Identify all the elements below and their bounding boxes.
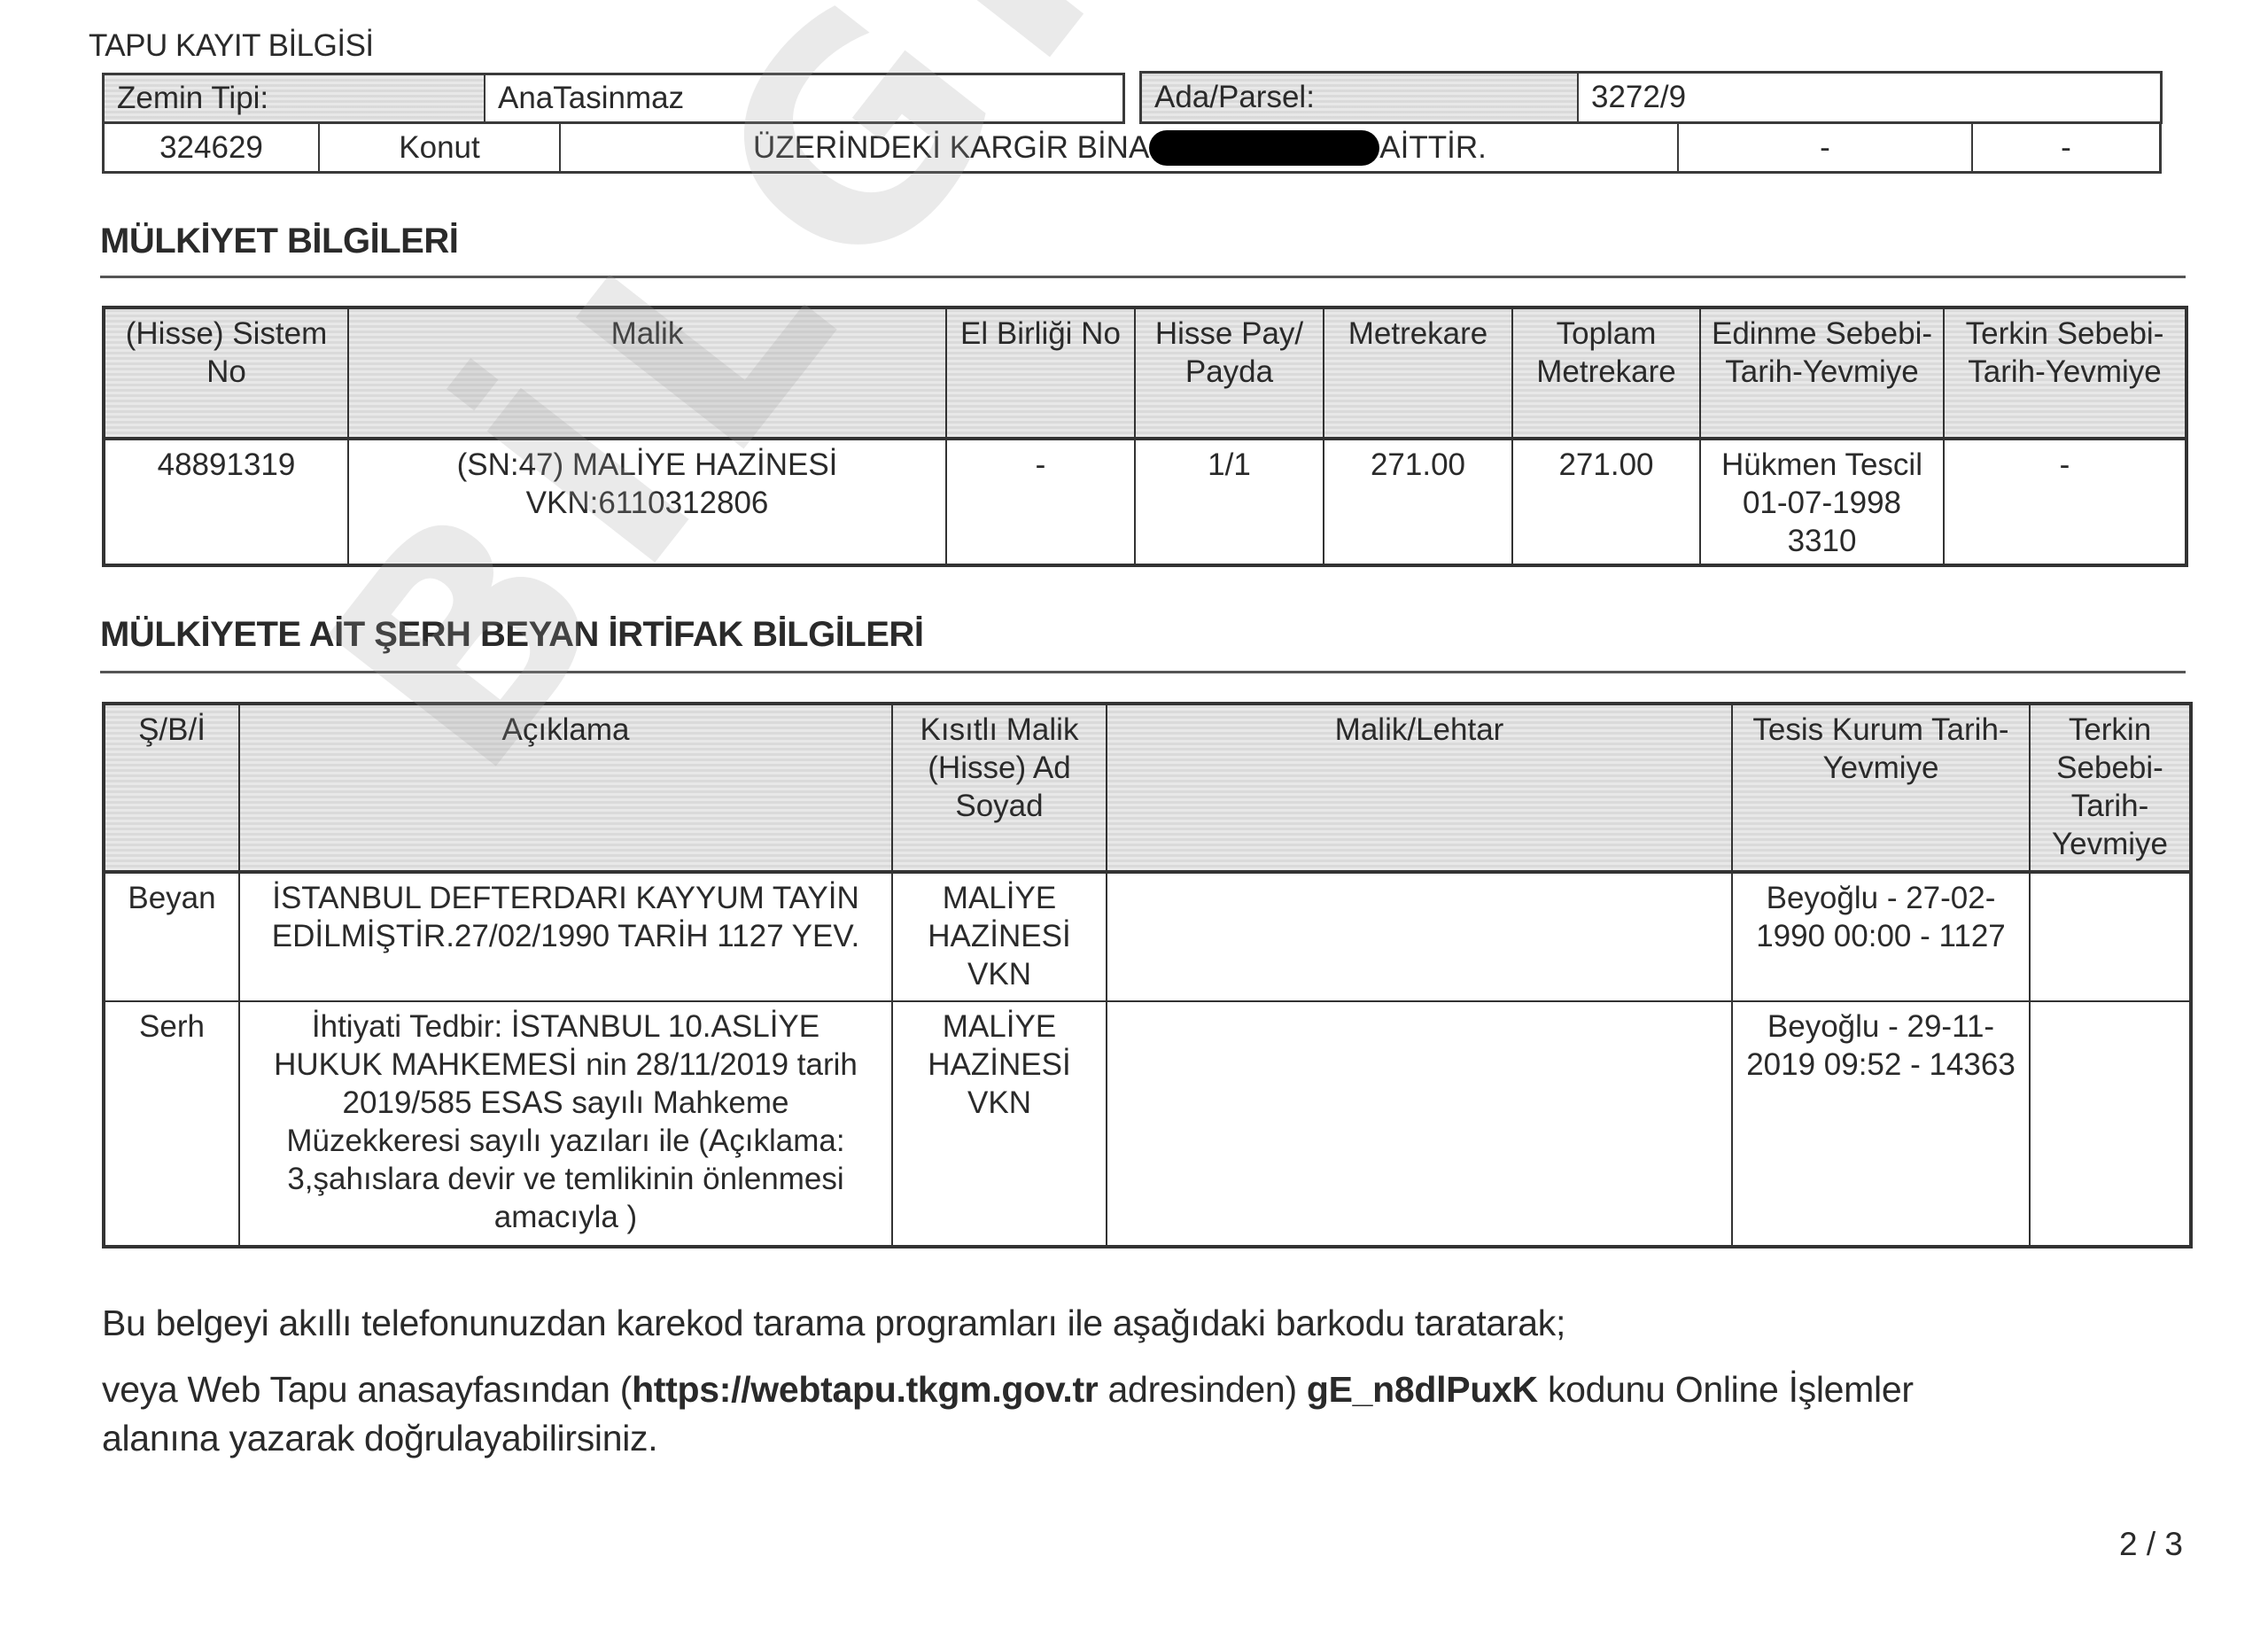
cell-hisse: 1/1 xyxy=(1135,439,1324,565)
description-after: AİTTİR. xyxy=(1379,130,1487,166)
col-sbi: Ş/B/İ xyxy=(104,704,239,872)
col-aciklama: Açıklama xyxy=(239,704,892,872)
ownership-table: (Hisse) Sistem No Malik El Birliği No Hi… xyxy=(102,306,2188,567)
document-title: TAPU KAYIT BİLGİSİ xyxy=(89,28,374,64)
verification-url-link[interactable]: https://webtapu.tkgm.gov.tr xyxy=(632,1369,1098,1410)
col-terkin: Terkin Sebebi-Tarih-Yevmiye xyxy=(1944,307,2186,439)
col-edinme: Edinme Sebebi-Tarih-Yevmiye xyxy=(1700,307,1944,439)
footer-line2-prefix: veya Web Tapu anasayfasından ( xyxy=(102,1369,632,1410)
ada-parsel-label: Ada/Parsel: xyxy=(1142,74,1579,121)
cell-kisitli-malik: MALİYE HAZİNESİ VKN xyxy=(892,1001,1107,1247)
ownership-divider xyxy=(100,276,2186,278)
registration-description: ÜZERİNDEKİ KARGİR BİNAAİTTİR. xyxy=(561,124,1679,171)
registration-col5: - xyxy=(1679,124,1973,171)
footer-line2-mid: adresinden) xyxy=(1098,1369,1306,1410)
cell-metrekare: 271.00 xyxy=(1324,439,1512,565)
cell-terkin xyxy=(2030,872,2191,1001)
footer-line2-suffix: kodunu Online İşlemler xyxy=(1538,1369,1914,1410)
table-row: 48891319 (SN:47) MALİYE HAZİNESİ VKN:611… xyxy=(104,439,2186,565)
cell-aciklama: İhtiyati Tedbir: İSTANBUL 10.ASLİYE HUKU… xyxy=(239,1001,892,1247)
description-before: ÜZERİNDEKİ KARGİR BİNA xyxy=(753,130,1149,166)
col-sistem-no: (Hisse) Sistem No xyxy=(104,307,348,439)
zemin-tipi-value: AnaTasinmaz xyxy=(485,75,1122,121)
redacted-name xyxy=(1149,130,1379,166)
col-kisitli-malik: Kısıtlı Malik (Hisse) Ad Soyad xyxy=(892,704,1107,872)
col-tesis: Tesis Kurum Tarih-Yevmiye xyxy=(1732,704,2030,872)
annotations-header-row: Ş/B/İ Açıklama Kısıtlı Malik (Hisse) Ad … xyxy=(104,704,2191,872)
table-row: Beyan İSTANBUL DEFTERDARI KAYYUM TAYİN E… xyxy=(104,872,2191,1001)
cell-tesis: Beyoğlu - 29-11-2019 09:52 - 14363 xyxy=(1732,1001,2030,1247)
col-metrekare: Metrekare xyxy=(1324,307,1512,439)
footer-instruction-line1: Bu belgeyi akıllı telefonunuzdan karekod… xyxy=(102,1303,1565,1344)
annotations-divider xyxy=(100,671,2186,673)
zemin-tipi-box: Zemin Tipi: AnaTasinmaz xyxy=(102,73,1125,124)
registration-row: 324629 Konut ÜZERİNDEKİ KARGİR BİNAAİTTİ… xyxy=(102,124,2162,174)
cell-malik-lehtar xyxy=(1107,1001,1732,1247)
cell-tesis: Beyoğlu - 27-02-1990 00:00 - 1127 xyxy=(1732,872,2030,1001)
ownership-section-title: MÜLKİYET BİLGİLERİ xyxy=(100,222,458,261)
cell-type: Beyan xyxy=(104,872,239,1001)
col-toplam-metrekare: Toplam Metrekare xyxy=(1512,307,1700,439)
footer-instruction-line2: veya Web Tapu anasayfasından (https://we… xyxy=(102,1369,1914,1411)
cell-terkin: - xyxy=(1944,439,2186,565)
ada-parsel-box: Ada/Parsel: 3272/9 xyxy=(1139,71,2163,124)
cell-malik-lehtar xyxy=(1107,872,1732,1001)
cell-edinme: Hükmen Tescil 01-07-1998 3310 xyxy=(1700,439,1944,565)
registration-no: 324629 xyxy=(105,124,320,171)
col-hisse: Hisse Pay/ Payda xyxy=(1135,307,1324,439)
cell-kisitli-malik: MALİYE HAZİNESİ VKN xyxy=(892,872,1107,1001)
annotations-section-title: MÜLKİYETE AİT ŞERH BEYAN İRTİFAK BİLGİLE… xyxy=(100,615,923,655)
cell-sistem-no: 48891319 xyxy=(104,439,348,565)
ownership-header-row: (Hisse) Sistem No Malik El Birliği No Hi… xyxy=(104,307,2186,439)
col-terkin: Terkin Sebebi-Tarih-Yevmiye xyxy=(2030,704,2191,872)
cell-aciklama: İSTANBUL DEFTERDARI KAYYUM TAYİN EDİLMİŞ… xyxy=(239,872,892,1001)
cell-el-birligi: - xyxy=(946,439,1135,565)
ada-parsel-value: 3272/9 xyxy=(1579,74,2160,121)
verification-code: gE_n8dlPuxK xyxy=(1307,1369,1538,1410)
cell-malik: (SN:47) MALİYE HAZİNESİ VKN:6110312806 xyxy=(348,439,946,565)
cell-toplam-metrekare: 271.00 xyxy=(1512,439,1700,565)
zemin-tipi-label: Zemin Tipi: xyxy=(105,75,485,121)
page-number: 2 / 3 xyxy=(2119,1526,2183,1563)
table-row: Serh İhtiyati Tedbir: İSTANBUL 10.ASLİYE… xyxy=(104,1001,2191,1247)
annotations-table: Ş/B/İ Açıklama Kısıtlı Malik (Hisse) Ad … xyxy=(102,702,2193,1248)
footer-instruction-line3: alanına yazarak doğrulayabilirsiniz. xyxy=(102,1418,657,1459)
col-el-birligi: El Birliği No xyxy=(946,307,1135,439)
cell-type: Serh xyxy=(104,1001,239,1247)
registration-col6: - xyxy=(1973,124,2159,171)
registration-type: Konut xyxy=(320,124,561,171)
col-malik-lehtar: Malik/Lehtar xyxy=(1107,704,1732,872)
col-malik: Malik xyxy=(348,307,946,439)
cell-terkin xyxy=(2030,1001,2191,1247)
